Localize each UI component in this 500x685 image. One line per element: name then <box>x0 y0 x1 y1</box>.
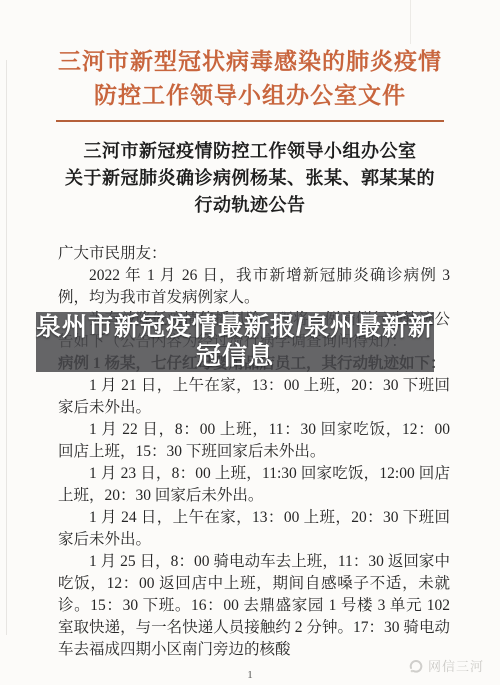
document-title: 三河市新冠疫情防控工作领导小组办公室 关于新冠肺炎确诊病例杨某、张某、郭某某的 … <box>0 138 500 219</box>
paragraph: 2022 年 1 月 26 日，我市新增新冠肺炎确诊病例 3 例，均为我市首发病… <box>58 265 450 309</box>
title-line-1: 三河市新冠疫情防控工作领导小组办公室 <box>0 138 500 165</box>
paragraph: 1 月 23 日，8：00 上班，11:30 回家吃饭，12:00 回店上班，2… <box>58 463 450 507</box>
watermark-label: 网信三河 <box>428 656 484 675</box>
letterhead: 三河市新型冠状病毒感染的肺炎疫情 防控工作领导小组办公室文件 <box>0 44 500 112</box>
paragraph: 1 月 21 日，上午在家，13：00 上班，20：30 下班回家后未外出。 <box>58 375 450 419</box>
wangxin-logo-icon <box>408 658 424 674</box>
document-page: 三河市新型冠状病毒感染的肺炎疫情 防控工作领导小组办公室文件 三河市新冠疫情防控… <box>0 0 500 685</box>
photo-edge-left <box>6 60 7 635</box>
letterhead-line-2: 防控工作领导小组办公室文件 <box>0 78 500 112</box>
overlay-caption-banner: 泉州市新冠疫情最新报/泉州最新新冠信息 <box>36 312 434 372</box>
photo-fold-line <box>410 0 411 44</box>
watermark: 网信三河 <box>408 656 484 675</box>
document-body: 广大市民朋友： 2022 年 1 月 26 日，我市新增新冠肺炎确诊病例 3 例… <box>58 243 450 661</box>
paragraph: 1 月 25 日，8：00 骑电动车去上班，11：30 返回家中吃饭，12：00… <box>58 551 450 661</box>
letterhead-line-1: 三河市新型冠状病毒感染的肺炎疫情 <box>0 44 500 78</box>
title-line-2: 关于新冠肺炎确诊病例杨某、张某、郭某某的 <box>0 165 500 192</box>
paragraph: 1 月 22 日，8：00 上班，11：30 回家吃饭，12：00 回店上班，1… <box>58 419 450 463</box>
salutation: 广大市民朋友： <box>58 243 450 265</box>
title-line-3: 行动轨迹公告 <box>0 192 500 219</box>
paragraph: 1 月 24 日，上午在家，13：00 上班，20：30 下班回家后未外出。 <box>58 507 450 551</box>
letterhead-divider <box>56 120 444 122</box>
overlay-caption-text: 泉州市新冠疫情最新报/泉州最新新冠信息 <box>36 313 434 371</box>
